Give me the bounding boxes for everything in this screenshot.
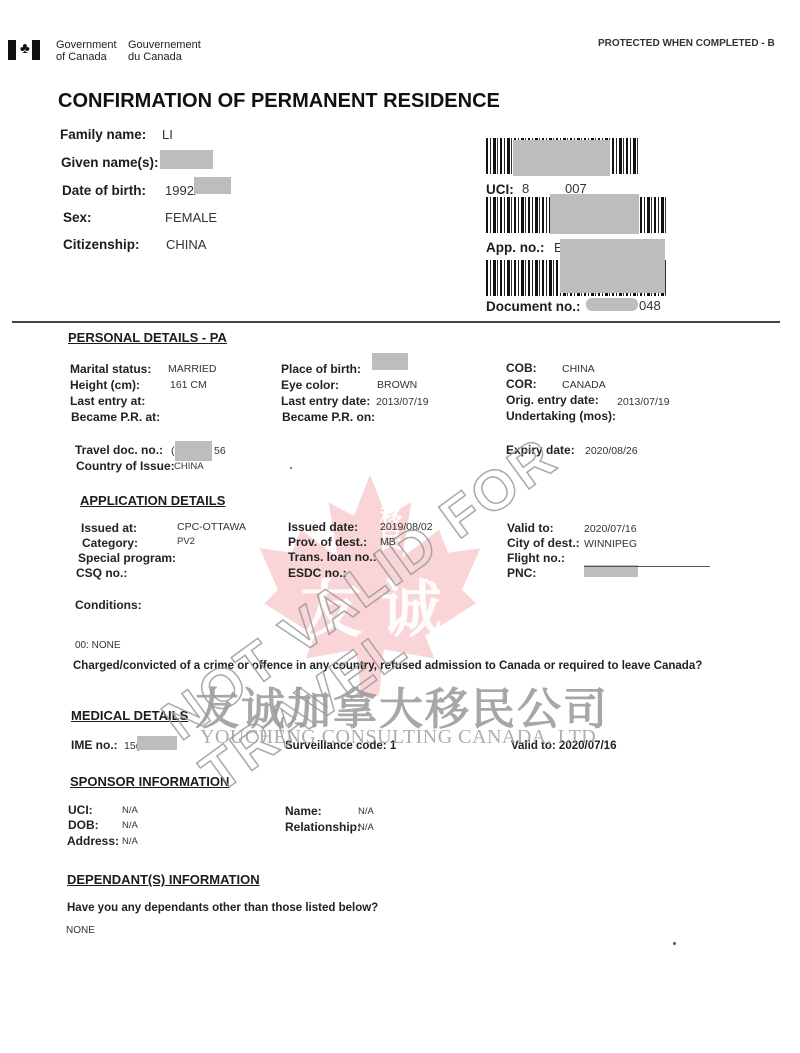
category-value: PV2 (177, 536, 195, 547)
dependants-question: Have you any dependants other than those… (67, 902, 378, 914)
last-entry-at-label: Last entry at: (70, 394, 145, 408)
place-of-birth-label: Place of birth: (281, 362, 361, 376)
pnc-line (584, 566, 710, 567)
sex-value: FEMALE (165, 210, 217, 225)
sponsor-name-value: N/A (358, 806, 374, 817)
sponsor-name-label: Name: (285, 804, 322, 818)
sponsor-uci-value: N/A (122, 805, 138, 816)
scan-speck (673, 942, 676, 945)
became-pr-on-label: Became P.R. on: (282, 410, 375, 424)
uci-barcode-redacted (513, 140, 610, 176)
issued-at-label: Issued at: (81, 521, 137, 535)
government-of-canada-en: Governmentof Canada (56, 39, 117, 63)
document-title: CONFIRMATION OF PERMANENT RESIDENCE (58, 90, 500, 113)
uci-masked (533, 176, 563, 196)
header-divider (12, 321, 780, 323)
country-of-issue-label: Country of Issue: (76, 459, 175, 473)
conditions-label: Conditions: (75, 598, 142, 612)
last-entry-date-value: 2013/07/19 (376, 396, 429, 408)
ime-no-label: IME no.: (71, 738, 118, 752)
issued-at-value: CPC-OTTAWA (177, 521, 246, 533)
flag-bar-left (8, 40, 16, 60)
uci-label: UCI: (486, 182, 514, 197)
cob-label: COB: (506, 361, 537, 375)
maple-leaf-icon: ♣ (20, 41, 30, 57)
document-barcode-redacted (560, 239, 665, 293)
travel-doc-prefix: ( (171, 445, 175, 457)
prov-of-dest-label: Prov. of dest.: (288, 535, 367, 549)
dependants-answer: NONE (66, 925, 95, 936)
document-no-suffix: 048 (639, 298, 661, 313)
eye-color-label: Eye color: (281, 378, 339, 392)
dependants-heading: DEPENDANT(S) INFORMATION (67, 872, 260, 887)
marital-status-label: Marital status: (70, 362, 151, 376)
uci-prefix: 8 (522, 181, 529, 196)
height-value: 161 CM (170, 379, 207, 391)
travel-doc-suffix: 56 (214, 445, 226, 457)
dob-redacted (194, 177, 231, 194)
eye-color-value: BROWN (377, 379, 417, 391)
marital-status-value: MARRIED (168, 363, 216, 375)
app-no-label: App. no.: (486, 240, 544, 255)
ime-no-redacted (137, 736, 177, 750)
sex-label: Sex: (63, 210, 92, 225)
government-of-canada-fr: Gouvernementdu Canada (128, 39, 201, 63)
family-name-value: LI (162, 127, 173, 142)
cor-label: COR: (506, 377, 537, 391)
canada-flag-icon: ♣ (8, 40, 44, 60)
scan-speck (290, 467, 292, 469)
city-of-dest-value: WINNIPEG (584, 538, 637, 550)
sponsor-address-value: N/A (122, 836, 138, 847)
application-details-heading: APPLICATION DETAILS (80, 493, 225, 508)
special-program-label: Special program: (78, 551, 176, 565)
sponsor-relationship-label: Relationship: (285, 820, 361, 834)
sponsor-address-label: Address: (67, 834, 119, 848)
travel-doc-redacted (175, 441, 212, 461)
dob-value: 1992/ (165, 183, 198, 198)
sponsor-relationship-value: N/A (358, 822, 374, 833)
height-label: Height (cm): (70, 378, 140, 392)
travel-doc-label: Travel doc. no.: (75, 443, 163, 457)
conditions-value: 00: NONE (75, 640, 121, 651)
place-of-birth-redacted (372, 353, 408, 370)
sponsor-dob-value: N/A (122, 820, 138, 831)
became-pr-at-label: Became P.R. at: (71, 410, 160, 424)
app-no-barcode-redacted (550, 194, 639, 234)
country-of-issue-value: CHINA (174, 461, 204, 472)
given-names-label: Given name(s): (61, 155, 159, 170)
category-label: Category: (82, 536, 138, 550)
last-entry-date-label: Last entry date: (281, 394, 370, 408)
citizenship-value: CHINA (166, 237, 206, 252)
document-no-redacted (586, 298, 638, 311)
sponsor-uci-label: UCI: (68, 803, 93, 817)
personal-details-heading: PERSONAL DETAILS - PA (68, 330, 227, 345)
citizenship-label: Citizenship: (63, 237, 140, 252)
family-name-label: Family name: (60, 127, 146, 142)
protected-label: PROTECTED WHEN COMPLETED - B (598, 38, 775, 49)
csq-no-label: CSQ no.: (76, 566, 127, 580)
document-no-label: Document no.: (486, 299, 581, 314)
given-names-redacted (160, 150, 213, 169)
sponsor-dob-label: DOB: (68, 818, 99, 832)
issued-date-label: Issued date: (288, 520, 358, 534)
flag-bar-right (32, 40, 40, 60)
cob-value: CHINA (562, 363, 595, 375)
dob-label: Date of birth: (62, 183, 146, 198)
